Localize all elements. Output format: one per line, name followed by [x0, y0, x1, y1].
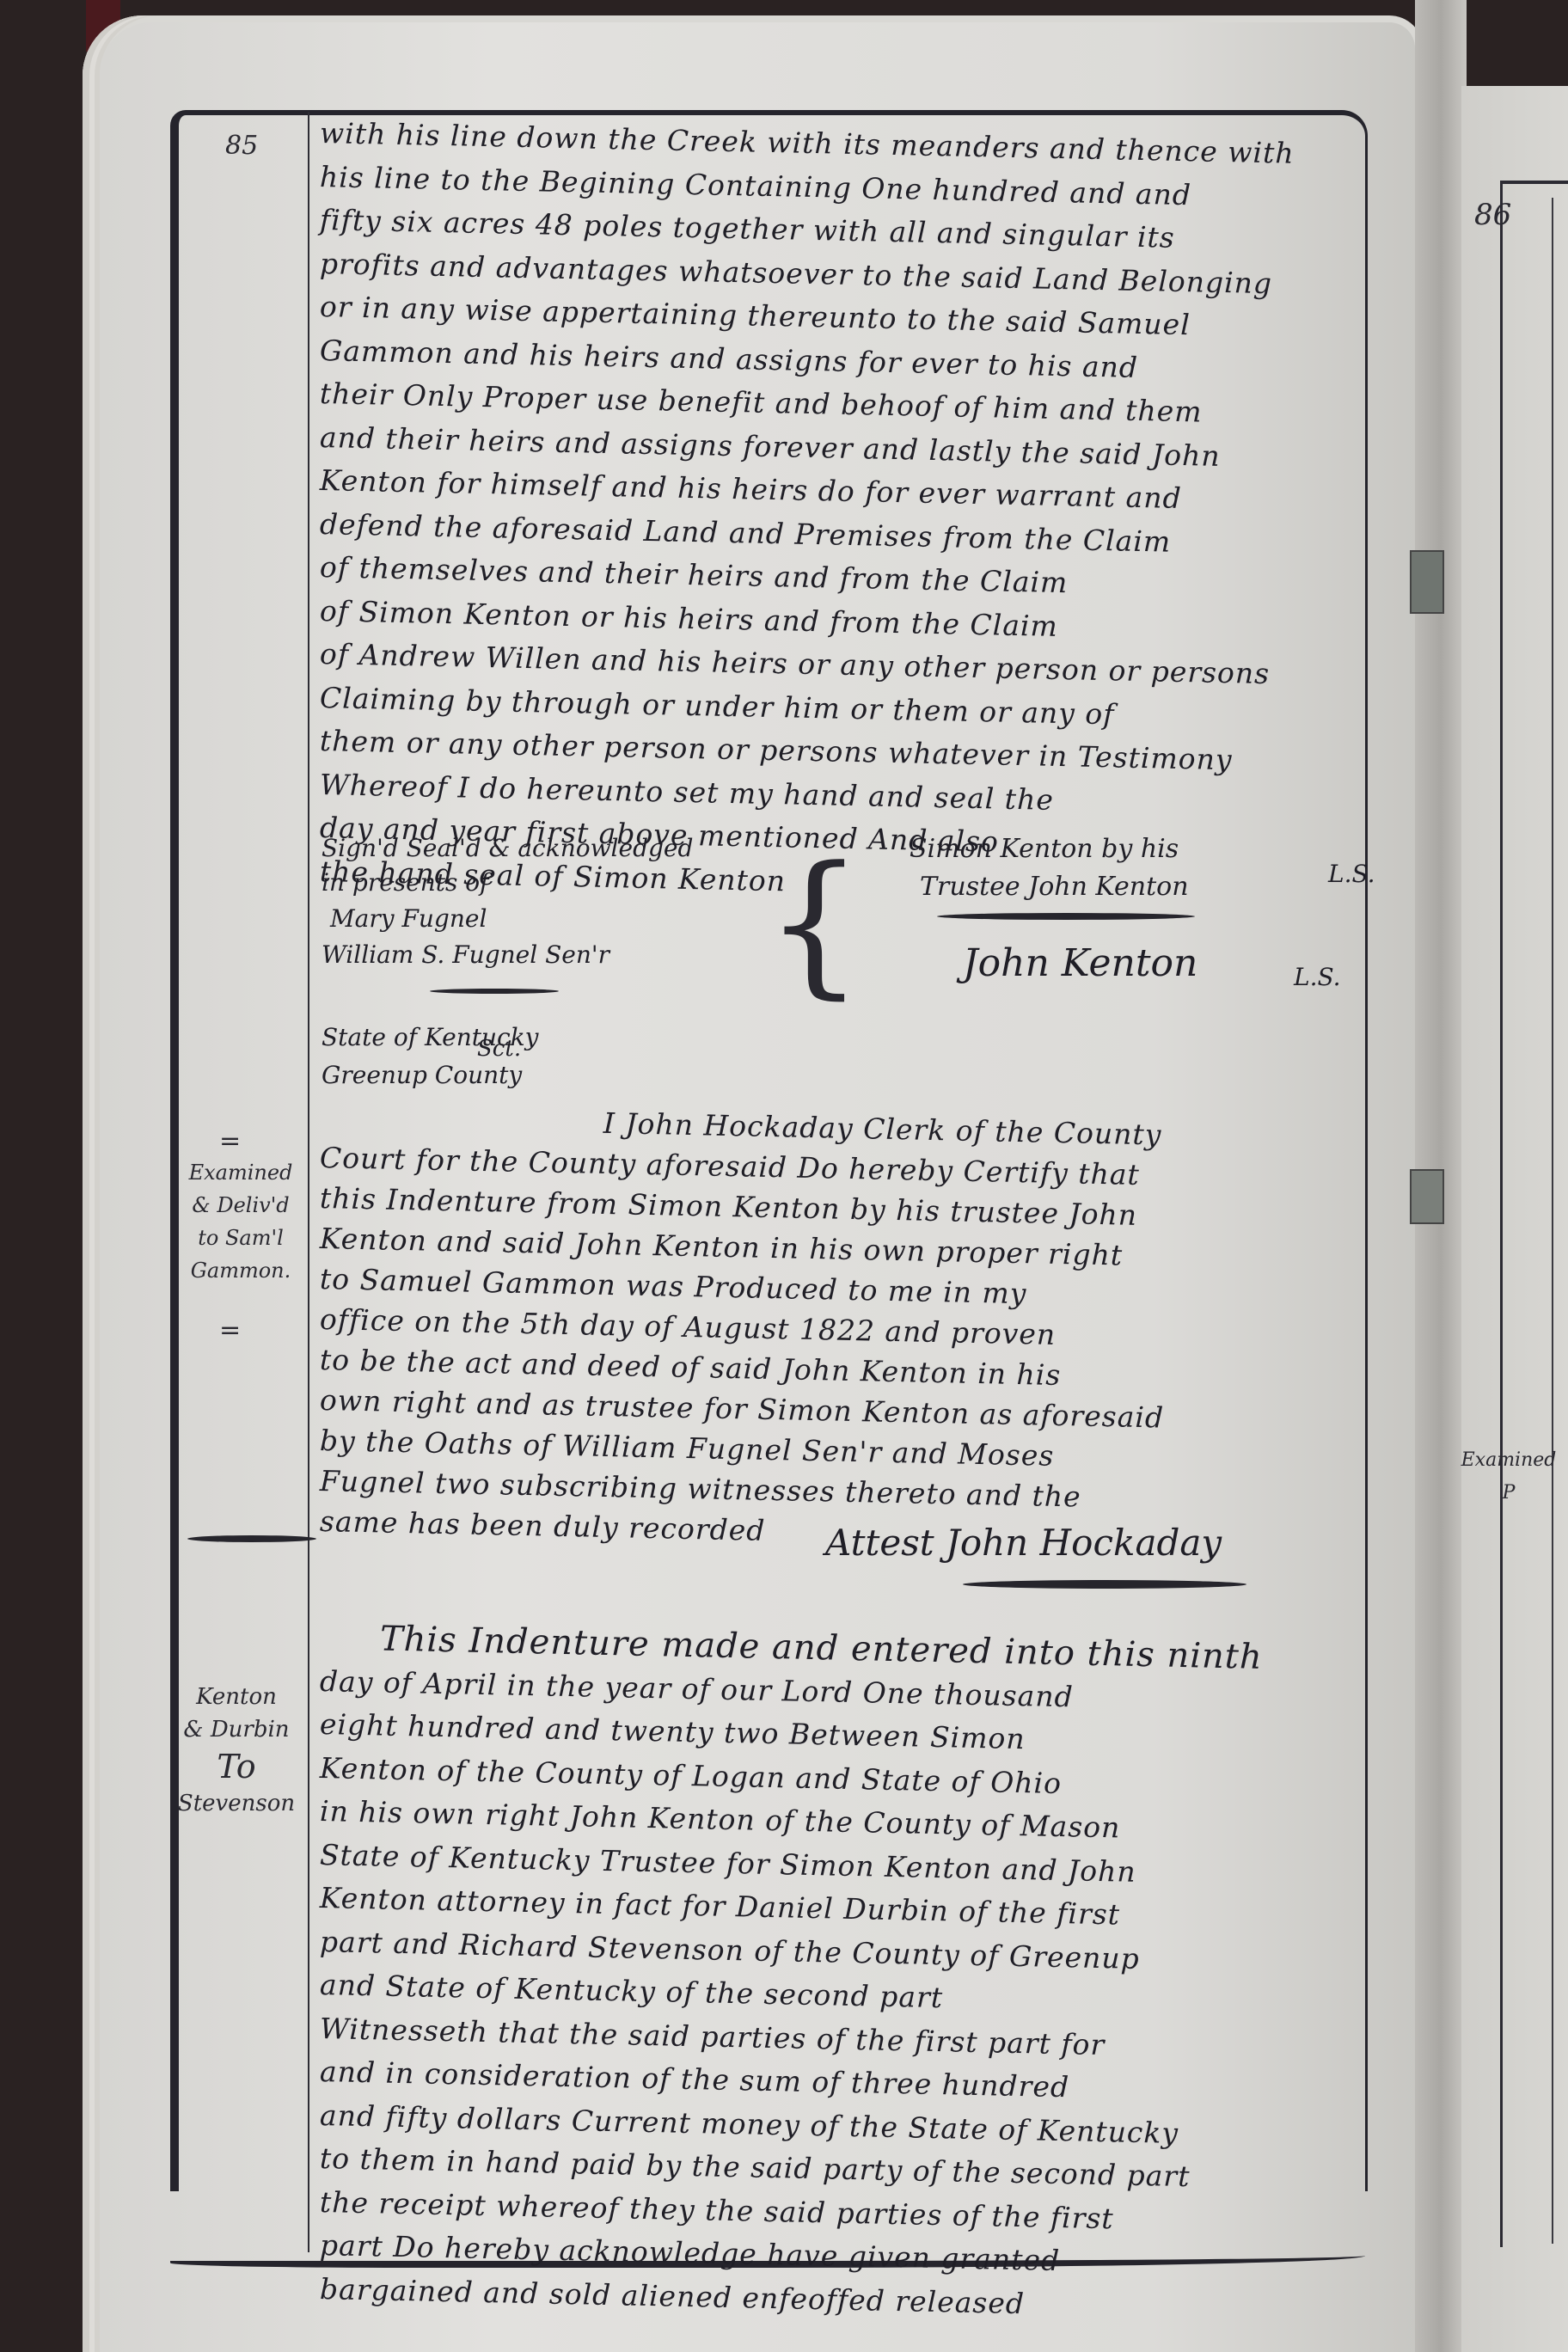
grantor-signature-block: Simon Kenton by his Trustee John Kenton [910, 834, 1189, 910]
margin-note-parties: Kenton & Durbin To Stevenson [172, 1681, 301, 1820]
flourish [937, 913, 1195, 920]
attestation-line: Sign'd Seal'd & acknowledged [322, 834, 693, 868]
margin-rule [308, 112, 309, 2252]
new-indenture: This Indenture made and entered into thi… [320, 1616, 1351, 2311]
attestation-block: Sign'd Seal'd & acknowledged in presents… [322, 834, 693, 977]
witness-name: William S. Fugnel Sen'r [322, 940, 693, 977]
sct-mark: Sct. [477, 1036, 521, 1062]
grantor-line: Simon Kenton by his [910, 834, 1189, 872]
grantor-line: Trustee John Kenton [910, 872, 1189, 910]
margin-mark: = [219, 1126, 241, 1156]
right-page-column-rule [1552, 198, 1553, 2244]
margin-mark: = [219, 1315, 241, 1345]
attest-signature: Attest John Hockaday [825, 1522, 1222, 1564]
flourish [430, 989, 559, 994]
section-divider [187, 1535, 316, 1542]
seal-mark: L.S. [1294, 963, 1341, 991]
right-page-frame [1500, 181, 1568, 2247]
page-clip [1410, 550, 1444, 614]
attestation-line: in presents of [322, 868, 693, 904]
flourish [963, 1580, 1246, 1589]
john-kenton-signature: John Kenton [963, 941, 1197, 985]
certificate-body: I John Hockaday Clerk of the County Cour… [320, 1097, 1351, 1541]
margin-note-examined: Examined & Deliv'd to Sam'l Gammon. [176, 1156, 305, 1287]
county-line: Greenup County [322, 1061, 539, 1099]
page-clip [1410, 1169, 1444, 1224]
seal-mark: L.S. [1328, 860, 1375, 888]
left-page-number: 85 [225, 131, 258, 161]
signature-brace: { [765, 847, 864, 1001]
right-margin-note: Examined P [1453, 1444, 1565, 1510]
deed-body: with his line down the Creek with its me… [320, 112, 1351, 893]
right-page-number: 86 [1474, 198, 1511, 232]
witness-name: Mary Fugnel [322, 904, 693, 940]
